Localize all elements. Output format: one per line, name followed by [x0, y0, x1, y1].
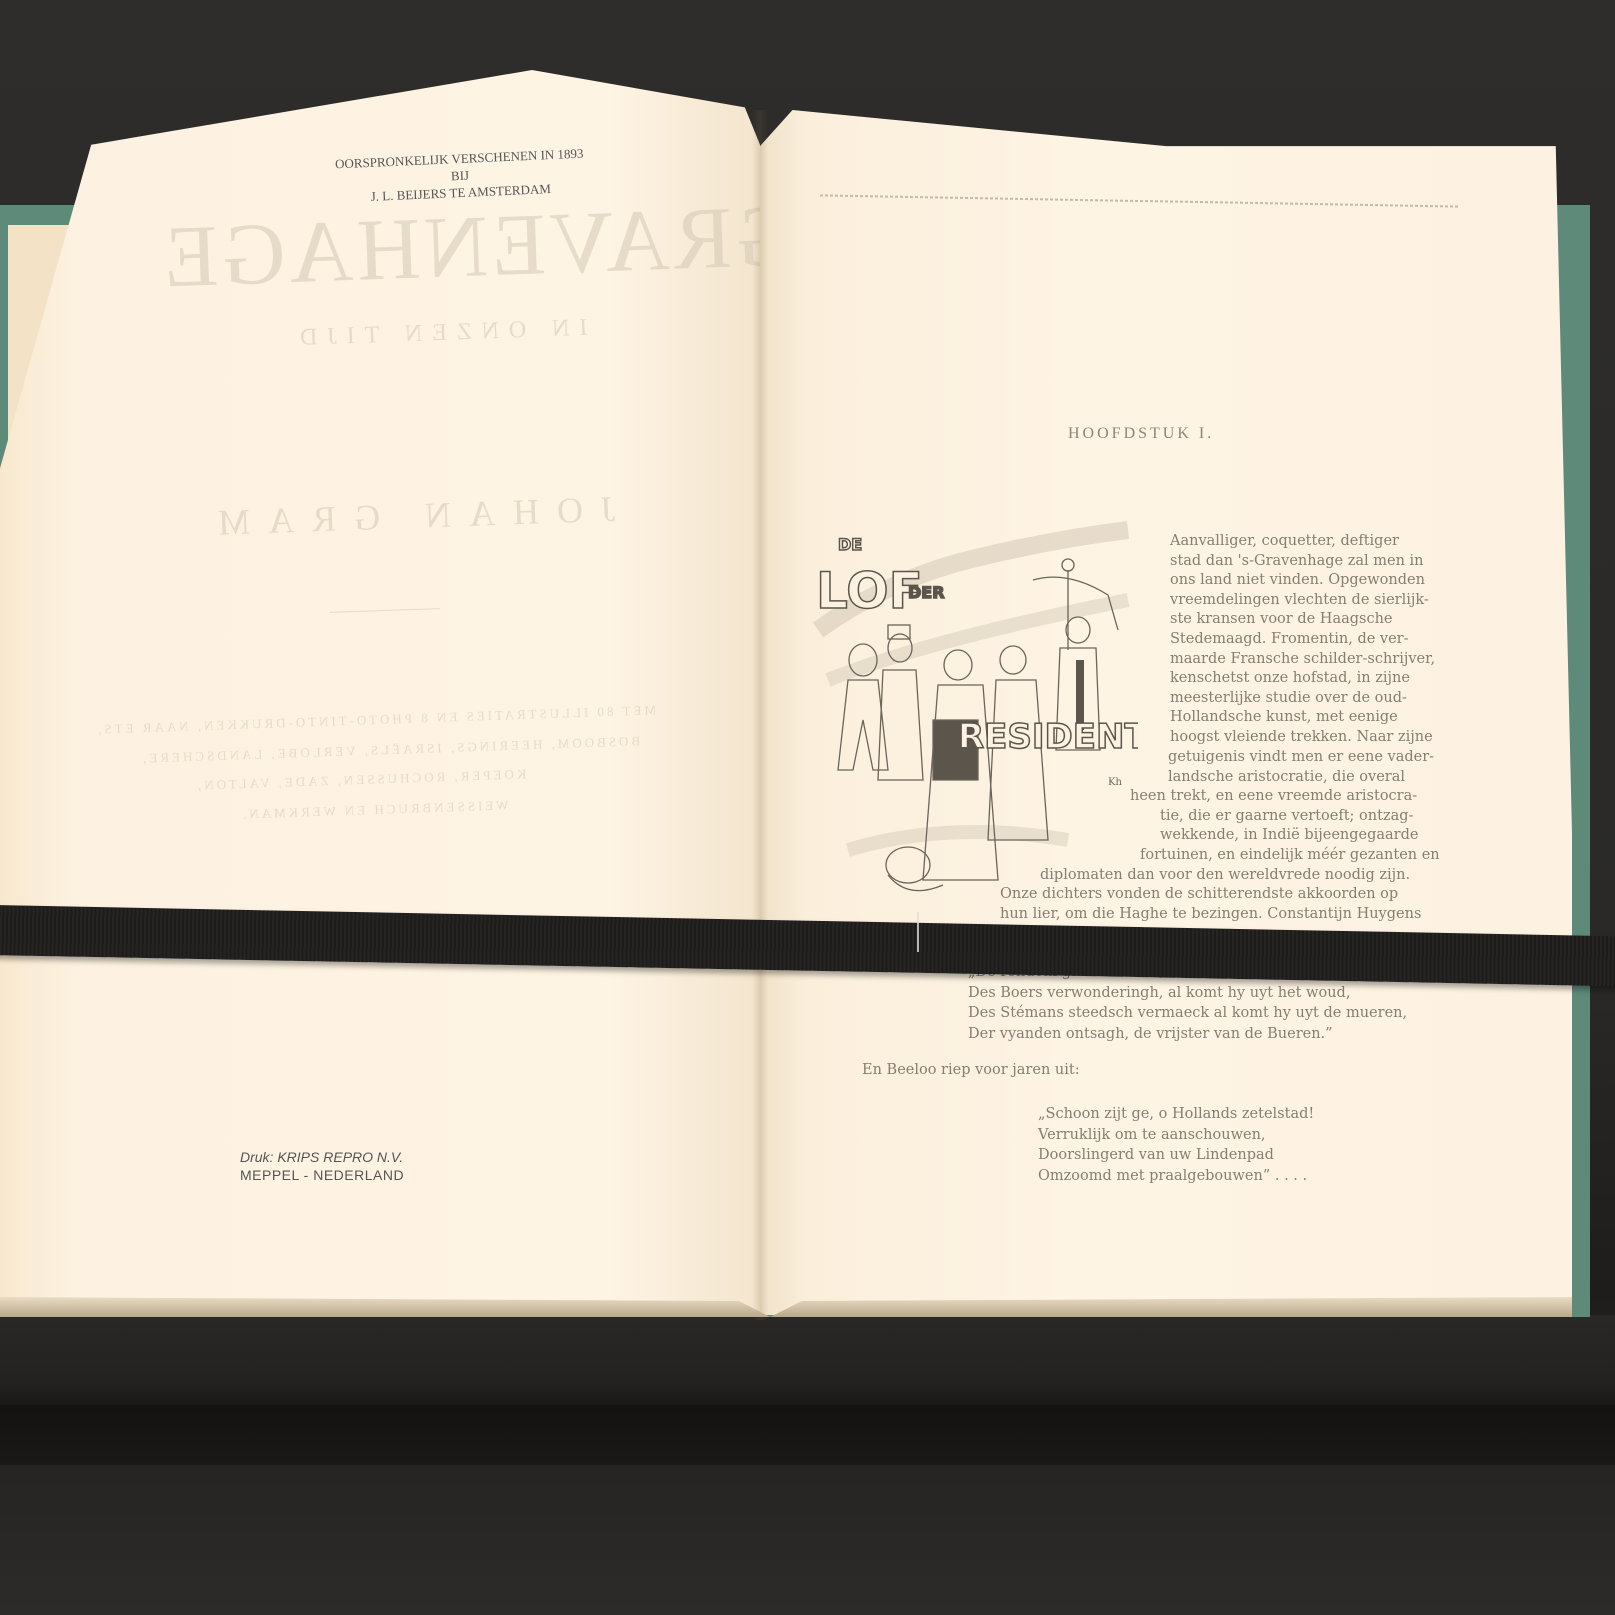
chapter-heading: HOOFDSTUK I.: [1068, 425, 1214, 443]
printer-line: Druk: KRIPS REPRO N.V.: [240, 1148, 440, 1166]
printer-location: MEPPEL - NEDERLAND: [240, 1166, 440, 1184]
book-stand-top: [0, 1315, 1615, 1410]
svg-text:DER: DER: [908, 583, 945, 602]
paragraph-mid-column: getuigenis vindt men er eene vader- land…: [1168, 748, 1503, 787]
svg-text:LOF: LOF: [816, 562, 923, 620]
paragraph-narrow-column: Aanvalliger, coquetter, deftiger stad da…: [1170, 532, 1500, 748]
paragraph-full-width: fortuinen, en eindelijk méér gezanten en…: [1000, 846, 1525, 924]
verse-intro-beeloo: En Beeloo riep voor jaren uit:: [862, 1060, 1080, 1081]
band-stitch: [917, 912, 919, 952]
svg-text:RESIDENTIE: RESIDENTIE: [958, 717, 1138, 757]
verse-beeloo: „Schoon zijt ge, o Hollands zetelstad! V…: [1038, 1104, 1314, 1186]
book-scene: 's GRAVENHAGE IN ONZEN TIJD JOHAN GRAM M…: [0, 0, 1615, 1615]
book-gutter: [752, 110, 768, 1320]
book-stand-lip: [0, 1405, 1615, 1465]
svg-text:Kh: Kh: [1108, 777, 1122, 788]
paragraph-wide-column: heen trekt, en eene vreemde aristocra- t…: [1160, 787, 1505, 846]
printer-credit: Druk: KRIPS REPRO N.V. MEPPEL - NEDERLAN…: [240, 1148, 440, 1184]
svg-text:DE: DE: [838, 535, 862, 554]
